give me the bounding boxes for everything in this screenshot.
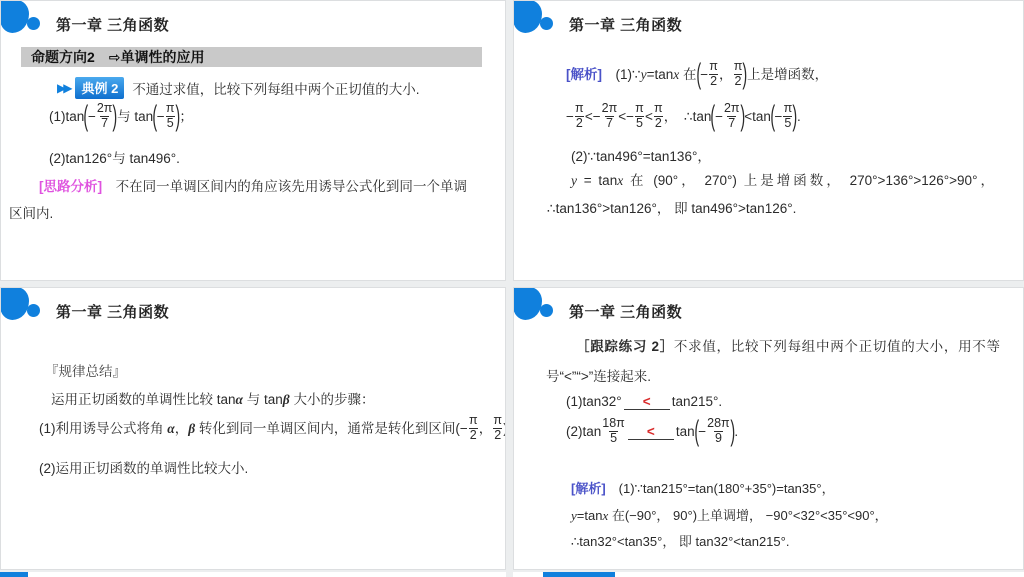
brand-quote-icon	[513, 0, 559, 36]
example-intro: 不通过求值，比较下列每组中两个正切值的大小.	[132, 78, 419, 98]
slide-practice: 第一章 三角函数 ［跟踪练习 2］不求值，比较下列每组中两个正切值的大小，用不等…	[513, 287, 1024, 570]
brand-quote-icon	[513, 287, 559, 323]
slide-example: 第一章 三角函数 命题方向2 ⇨单调性的应用 ▶▶ 典例 2 不通过求值，比较下…	[0, 0, 506, 281]
slide-summary: 第一章 三角函数 『规律总结』 运用正切函数的单调性比较 tanα 与 tanβ…	[0, 287, 506, 570]
chapter-title: 第一章 三角函数	[569, 301, 682, 322]
chapter-title: 第一章 三角函数	[56, 14, 169, 35]
jiexi-label: [解析]	[566, 67, 602, 82]
example-item-1: (1)tan(−2π7)与 tan(−π5)；	[49, 103, 193, 132]
slide-solution: 第一章 三角函数 [解析] (1)∵y=tanx 在(−π2，π2)上是增函数，…	[513, 0, 1024, 281]
slide-grid-page: 第一章 三角函数 命题方向2 ⇨单调性的应用 ▶▶ 典例 2 不通过求值，比较下…	[0, 0, 1024, 577]
solution-line-2: −π2<−2π7<−π5<π2， ∴tan(−2π7)<tan(−π5).	[566, 103, 801, 132]
solution-line-4: y = tanx 在 (90°， 270°) 上是增函数， 270°>136°>…	[547, 167, 994, 223]
brand-quote-icon	[0, 287, 46, 323]
brand-quote-icon	[0, 572, 28, 577]
practice-problem: ［跟踪练习 2］不求值，比较下列每组中两个正切值的大小，用不等号“<”“>”连接…	[546, 332, 1000, 392]
brand-quote-icon	[0, 0, 46, 36]
example-item-2: (2)tan126°与 tan496°.	[49, 147, 180, 167]
row-gutter	[0, 281, 1024, 287]
practice-solution-2: y=tanx 在(−90°， 90°)上单调增， −90°<32°<35°<90…	[571, 505, 888, 524]
solution-line-1: [解析] (1)∵y=tanx 在(−π2，π2)上是增函数，	[566, 61, 828, 90]
next-slide-peek-right	[513, 572, 1024, 577]
summary-step-2: (2)运用正切函数的单调性比较大小.	[39, 457, 248, 477]
solution-line-1-math: (1)∵y=tanx 在(−π2，π2)上是增函数，	[602, 67, 828, 82]
summary-intro: 运用正切函数的单调性比较 tanα 与 tanβ 大小的步骤：	[51, 388, 374, 408]
practice-solution-1: [解析] (1)∵tan215°=tan(180°+35°)=tan35°，	[571, 478, 835, 497]
solution-line-3: (2)∵tan496°=tan136°，	[571, 145, 711, 165]
chapter-title: 第一章 三角函数	[56, 301, 169, 322]
analysis-label: [思路分析]	[39, 179, 102, 194]
next-slide-peek-left	[0, 572, 506, 577]
jiexi-label: [解析]	[571, 481, 606, 496]
practice-solution-3: ∴tan32°<tan35°， 即 tan32°<tan215°.	[571, 531, 789, 550]
section-bar: 命题方向2 ⇨单调性的应用	[21, 47, 482, 67]
practice-question-2: (2)tan18π5<tan(−28π9).	[566, 418, 738, 447]
double-arrow-icon: ▶▶	[57, 81, 69, 95]
analysis-paragraph: [思路分析] 不在同一单调区间内的角应该先用诱导公式化到同一个单调区间内.	[9, 173, 467, 227]
column-gutter	[506, 0, 513, 577]
summary-step-1: (1)利用诱导公式将角 α，β 转化到同一单调区间内，通常是转化到区间(−π2，…	[39, 415, 506, 444]
chapter-title: 第一章 三角函数	[569, 14, 682, 35]
example-badge-row: ▶▶ 典例 2 不通过求值，比较下列每组中两个正切值的大小.	[57, 77, 420, 99]
example-badge: 典例 2	[75, 77, 124, 99]
practice-solution-1-math: (1)∵tan215°=tan(180°+35°)=tan35°，	[606, 481, 835, 496]
brand-quote-icon	[543, 572, 615, 577]
practice-question-1: (1)tan32°<tan215°.	[566, 394, 722, 410]
summary-subtitle: 『规律总结』	[45, 360, 126, 380]
